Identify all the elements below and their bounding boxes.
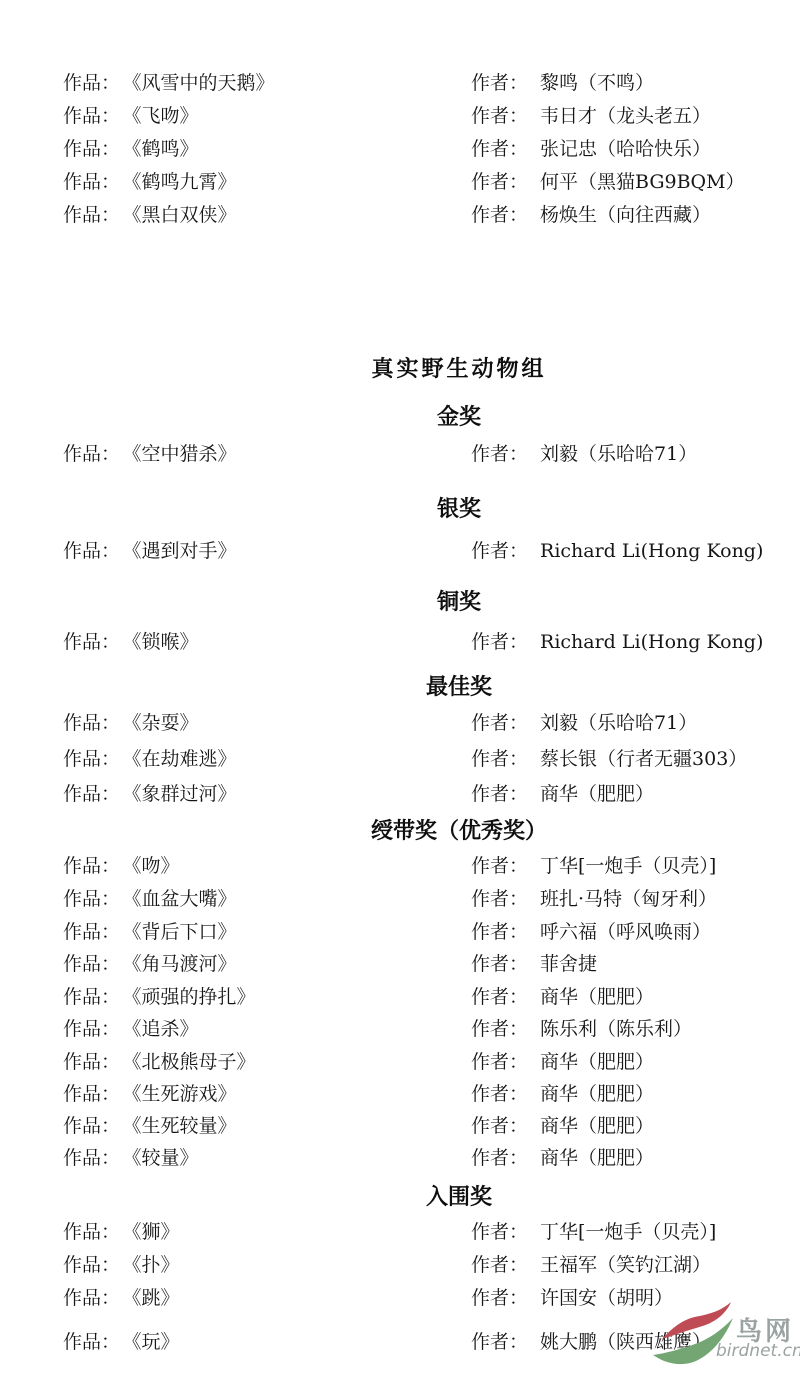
work-title: 《吻》 [132,855,180,877]
author-prefix: 作者： [471,986,528,1008]
author-prefix: 作者： [471,171,528,193]
work-title: 《空中猎杀》 [132,443,237,465]
work-title: 《黑白双侠》 [132,204,237,226]
work-title: 《在劫难逃》 [132,748,237,770]
author-cell: 作者：韦日才（龙头老五） [471,103,711,129]
author-prefix: 作者： [471,138,528,160]
author-prefix: 作者： [471,953,528,975]
author-cell: 作者：商华（肥肥） [471,1049,654,1075]
work-title: 《背后下口》 [132,921,237,943]
work-prefix: 作品： [63,888,120,910]
work-prefix: 作品： [63,783,120,805]
author-name: 呼六福（呼风唤雨） [540,921,711,943]
author-prefix: 作者： [471,748,528,770]
work-cell: 作品：《玩》 [63,1329,180,1355]
work-cell: 作品：《跳》 [63,1285,180,1311]
author-cell: 作者：何平（黑猫BG9BQM） [471,169,745,195]
author-name: 杨焕生（向往西藏） [540,204,711,226]
work-prefix: 作品： [63,748,120,770]
author-cell: 作者：商华（肥肥） [471,781,654,807]
author-cell: 作者：Richard Li(Hong Kong) [471,538,763,564]
work-cell: 作品：《背后下口》 [63,919,237,945]
award-row: 作品：《北极熊母子》 作者：商华（肥肥） [0,1049,800,1075]
author-cell: 作者：黎鸣（不鸣） [471,70,654,96]
award-row: 作品：《生死游戏》 作者：商华（肥肥） [0,1081,800,1107]
author-prefix: 作者： [471,631,528,653]
work-prefix: 作品： [63,1051,120,1073]
work-prefix: 作品： [63,105,120,127]
author-cell: 作者：丁华[一炮手（贝壳）] [471,1219,716,1245]
author-prefix: 作者： [471,1221,528,1243]
award-row: 作品：《锁喉》 作者：Richard Li(Hong Kong) [0,629,800,655]
author-prefix: 作者： [471,540,528,562]
work-title: 《玩》 [132,1331,180,1353]
work-prefix: 作品： [63,712,120,734]
work-prefix: 作品： [63,138,120,160]
author-cell: 作者：陈乐利（陈乐利） [471,1016,692,1042]
author-name: 张记忠（哈哈快乐） [540,138,711,160]
award-row: 作品：《遇到对手》 作者：Richard Li(Hong Kong) [0,538,800,564]
author-name: 班扎·马特（匈牙利） [540,888,717,910]
work-prefix: 作品： [63,986,120,1008]
work-prefix: 作品： [63,1147,120,1169]
work-cell: 作品：《在劫难逃》 [63,746,237,772]
author-prefix: 作者： [471,72,528,94]
work-title: 《飞吻》 [132,105,199,127]
work-title: 《鹤鸣》 [132,138,199,160]
work-prefix: 作品： [63,1018,120,1040]
author-prefix: 作者： [471,1051,528,1073]
author-cell: 作者：杨焕生（向往西藏） [471,202,711,228]
author-name: 韦日才（龙头老五） [540,105,711,127]
section-heading-best: 最佳奖 [426,670,492,701]
author-name: 蔡长银（行者无疆303） [540,748,747,770]
work-cell: 作品：《扑》 [63,1252,180,1278]
work-cell: 作品：《杂耍》 [63,710,199,736]
work-cell: 作品：《血盆大嘴》 [63,886,237,912]
work-cell: 作品：《风雪中的天鹅》 [63,70,275,96]
author-prefix: 作者： [471,1115,528,1137]
work-title: 《较量》 [132,1147,199,1169]
author-cell: 作者：刘毅（乐哈哈71） [471,710,697,736]
work-prefix: 作品： [63,953,120,975]
author-prefix: 作者： [471,443,528,465]
author-name: 商华（肥肥） [540,986,654,1008]
author-name: Richard Li(Hong Kong) [540,540,763,562]
author-prefix: 作者： [471,1083,528,1105]
award-row: 作品：《血盆大嘴》 作者：班扎·马特（匈牙利） [0,886,800,912]
work-prefix: 作品： [63,1083,120,1105]
work-title: 《鹤鸣九霄》 [132,171,237,193]
work-prefix: 作品： [63,1221,120,1243]
section-heading-ribbon: 绶带奖（优秀奖） [371,814,547,845]
work-title: 《生死较量》 [132,1115,237,1137]
award-row: 作品：《顽强的挣扎》 作者：商华（肥肥） [0,984,800,1010]
work-cell: 作品：《狮》 [63,1219,180,1245]
author-name: 王福军（笑钓江湖） [540,1254,711,1276]
award-row: 作品：《在劫难逃》 作者：蔡长银（行者无疆303） [0,746,800,772]
author-prefix: 作者： [471,1287,528,1309]
section-heading-gold: 金奖 [437,400,481,431]
work-cell: 作品：《追杀》 [63,1016,199,1042]
award-row: 作品：《鹤鸣九霄》 作者：何平（黑猫BG9BQM） [0,169,800,195]
author-name: 商华（肥肥） [540,1083,654,1105]
section-heading-shortlist: 入围奖 [426,1180,492,1211]
author-name: 商华（肥肥） [540,783,654,805]
author-name: 丁华[一炮手（贝壳）] [540,855,716,877]
work-title: 《狮》 [132,1221,180,1243]
work-prefix: 作品： [63,631,120,653]
author-prefix: 作者： [471,1254,528,1276]
author-cell: 作者：王福军（笑钓江湖） [471,1252,711,1278]
award-row: 作品：《象群过河》 作者：商华（肥肥） [0,781,800,807]
author-name: 商华（肥肥） [540,1115,654,1137]
work-title: 《生死游戏》 [132,1083,237,1105]
work-title: 《遇到对手》 [132,540,237,562]
author-prefix: 作者： [471,1331,528,1353]
work-prefix: 作品： [63,443,120,465]
work-prefix: 作品： [63,1287,120,1309]
award-row: 作品：《狮》 作者：丁华[一炮手（贝壳）] [0,1219,800,1245]
author-prefix: 作者： [471,204,528,226]
award-row: 作品：《空中猎杀》 作者：刘毅（乐哈哈71） [0,441,800,467]
author-cell: 作者：丁华[一炮手（贝壳）] [471,853,716,879]
work-title: 《象群过河》 [132,783,237,805]
author-cell: 作者：商华（肥肥） [471,1145,654,1171]
site-url: birdnet.cn [716,1341,800,1361]
work-prefix: 作品： [63,204,120,226]
section-heading-bronze: 铜奖 [437,585,481,616]
award-row: 作品：《吻》 作者：丁华[一炮手（贝壳）] [0,853,800,879]
work-title: 《追杀》 [132,1018,199,1040]
work-cell: 作品：《飞吻》 [63,103,199,129]
author-cell: 作者：张记忠（哈哈快乐） [471,136,711,162]
work-title: 《血盆大嘴》 [132,888,237,910]
award-row: 作品：《背后下口》 作者：呼六福（呼风唤雨） [0,919,800,945]
work-prefix: 作品： [63,1254,120,1276]
work-cell: 作品：《生死较量》 [63,1113,237,1139]
author-cell: 作者：商华（肥肥） [471,1113,654,1139]
award-row: 作品：《鹤鸣》 作者：张记忠（哈哈快乐） [0,136,800,162]
author-cell: 作者：蔡长银（行者无疆303） [471,746,747,772]
author-name: 何平（黑猫BG9BQM） [540,171,745,193]
author-prefix: 作者： [471,855,528,877]
award-row: 作品：《生死较量》 作者：商华（肥肥） [0,1113,800,1139]
author-cell: 作者：呼六福（呼风唤雨） [471,919,711,945]
work-cell: 作品：《吻》 [63,853,180,879]
author-name: 陈乐利（陈乐利） [540,1018,692,1040]
author-cell: 作者：菲舍捷 [471,951,597,977]
author-prefix: 作者： [471,712,528,734]
author-name: 刘毅（乐哈哈71） [540,712,697,734]
author-name: 丁华[一炮手（贝壳）] [540,1221,716,1243]
author-name: 黎鸣（不鸣） [540,72,654,94]
work-prefix: 作品： [63,921,120,943]
work-prefix: 作品： [63,72,120,94]
work-title: 《北极熊母子》 [132,1051,256,1073]
work-cell: 作品：《空中猎杀》 [63,441,237,467]
work-cell: 作品：《遇到对手》 [63,538,237,564]
author-name: 商华（肥肥） [540,1147,654,1169]
work-cell: 作品：《较量》 [63,1145,199,1171]
work-cell: 作品：《角马渡河》 [63,951,237,977]
author-prefix: 作者： [471,1018,528,1040]
author-name: Richard Li(Hong Kong) [540,631,763,653]
work-prefix: 作品： [63,1331,120,1353]
work-cell: 作品：《生死游戏》 [63,1081,237,1107]
work-cell: 作品：《象群过河》 [63,781,237,807]
work-cell: 作品：《顽强的挣扎》 [63,984,256,1010]
author-prefix: 作者： [471,921,528,943]
work-cell: 作品：《北极熊母子》 [63,1049,256,1075]
work-title: 《锁喉》 [132,631,199,653]
author-name: 菲舍捷 [540,953,597,975]
work-cell: 作品：《锁喉》 [63,629,199,655]
award-row: 作品：《风雪中的天鹅》 作者：黎鸣（不鸣） [0,70,800,96]
author-prefix: 作者： [471,888,528,910]
award-row: 作品：《扑》 作者：王福军（笑钓江湖） [0,1252,800,1278]
author-name: 刘毅（乐哈哈71） [540,443,697,465]
work-cell: 作品：《鹤鸣九霄》 [63,169,237,195]
work-cell: 作品：《鹤鸣》 [63,136,199,162]
work-prefix: 作品： [63,1115,120,1137]
author-prefix: 作者： [471,1147,528,1169]
author-cell: 作者：刘毅（乐哈哈71） [471,441,697,467]
group-title: 真实野生动物组 [371,352,546,383]
section-heading-silver: 银奖 [437,492,481,523]
award-row: 作品：《杂耍》 作者：刘毅（乐哈哈71） [0,710,800,736]
work-prefix: 作品： [63,855,120,877]
award-row: 作品：《追杀》 作者：陈乐利（陈乐利） [0,1016,800,1042]
author-cell: 作者：班扎·马特（匈牙利） [471,886,717,912]
award-row: 作品：《黑白双侠》 作者：杨焕生（向往西藏） [0,202,800,228]
award-list-document: 作品：《风雪中的天鹅》 作者：黎鸣（不鸣） 作品：《飞吻》 作者：韦日才（龙头老… [0,0,800,1379]
work-title: 《角马渡河》 [132,953,237,975]
author-name: 商华（肥肥） [540,1051,654,1073]
work-title: 《杂耍》 [132,712,199,734]
work-cell: 作品：《黑白双侠》 [63,202,237,228]
award-row: 作品：《较量》 作者：商华（肥肥） [0,1145,800,1171]
award-row: 作品：《飞吻》 作者：韦日才（龙头老五） [0,103,800,129]
work-prefix: 作品： [63,540,120,562]
work-title: 《跳》 [132,1287,180,1309]
author-prefix: 作者： [471,105,528,127]
author-cell: 作者：Richard Li(Hong Kong) [471,629,763,655]
award-row: 作品：《角马渡河》 作者：菲舍捷 [0,951,800,977]
work-title: 《顽强的挣扎》 [132,986,256,1008]
author-prefix: 作者： [471,783,528,805]
work-title: 《风雪中的天鹅》 [132,72,275,94]
author-cell: 作者：商华（肥肥） [471,984,654,1010]
author-cell: 作者：商华（肥肥） [471,1081,654,1107]
work-prefix: 作品： [63,171,120,193]
work-title: 《扑》 [132,1254,180,1276]
